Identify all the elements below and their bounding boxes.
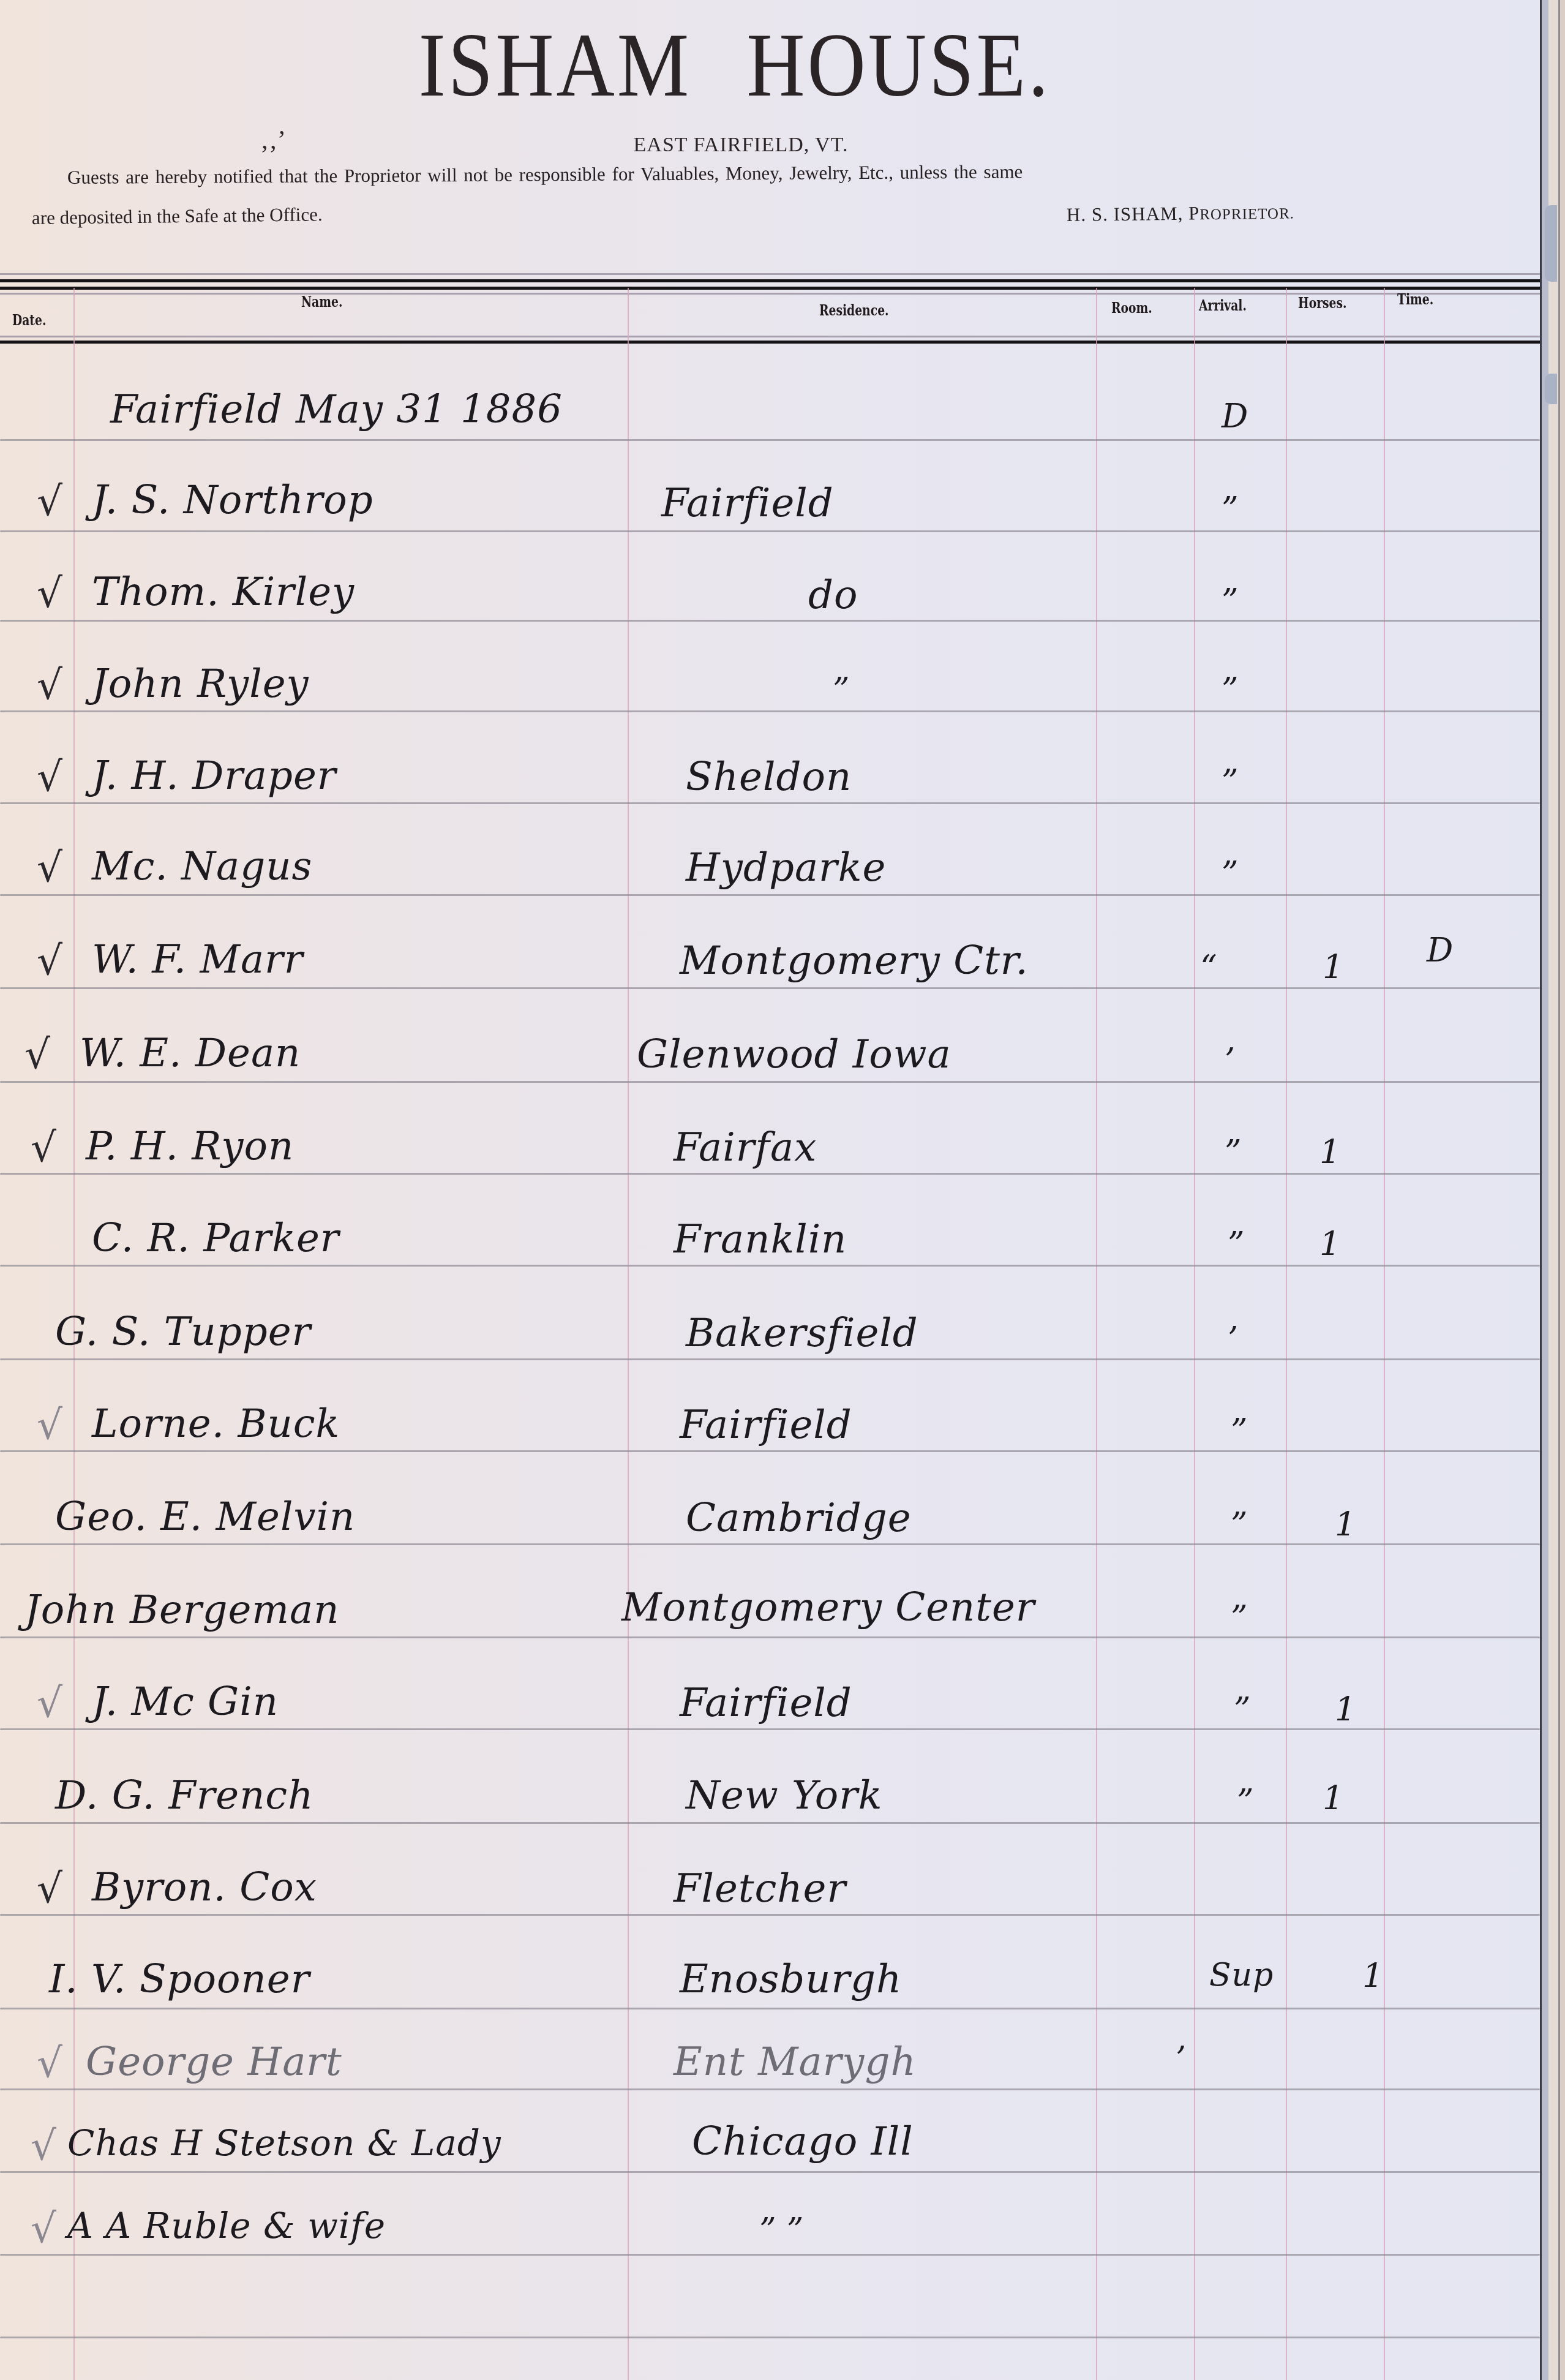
- guest-name: W. E. Dean: [80, 1031, 301, 1076]
- guest-name: Byron. Cox: [92, 1865, 317, 1910]
- guest-name: Thom. Kirley: [92, 570, 355, 615]
- guest-horses: 1: [1323, 948, 1343, 987]
- guest-arrival: Sup: [1209, 1957, 1274, 1994]
- guest-horses: 1: [1335, 1690, 1356, 1729]
- col-divider-name: [628, 288, 629, 2380]
- guest-name: D. G. French: [55, 1773, 313, 1818]
- guest-residence: Montgomery Center: [621, 1585, 1035, 1630]
- guest-residence: Bakersfield: [686, 1311, 918, 1356]
- row-rule: [0, 1543, 1540, 1545]
- guest-arrival: ”: [1222, 671, 1239, 709]
- row-rule: [0, 1914, 1540, 1916]
- hotel-title-word2: HOUSE.: [746, 15, 1051, 116]
- guest-residence: ”: [833, 671, 850, 709]
- check-mark: √: [31, 2205, 56, 2252]
- col-divider-room: [1194, 288, 1195, 2380]
- column-header-room: Room.: [1111, 299, 1152, 317]
- check-mark: √: [37, 661, 62, 709]
- row-rule: [0, 620, 1540, 622]
- check-mark: √: [31, 1124, 56, 1171]
- guest-name: I. V. Spooner: [49, 1957, 310, 2002]
- guest-residence: Sheldon: [686, 755, 852, 800]
- proprietor-name: H. S. ISHAM,: [1067, 203, 1184, 225]
- guest-name: W. F. Marr: [92, 937, 303, 982]
- book-binding-edge: [1540, 0, 1565, 2380]
- check-mark: √: [37, 1865, 62, 1912]
- guest-arrival: ”: [1237, 1782, 1254, 1821]
- dateline-text: Fairfield May 31 1886: [110, 387, 563, 432]
- register-page: ISHAMHOUSE. ‚‚’ EAST FAIRFIELD, VT. Gues…: [0, 0, 1543, 2380]
- guest-name: G. S. Tupper: [55, 1309, 311, 1355]
- guest-arrival: ”: [1225, 1133, 1242, 1172]
- guest-name: Mc. Nagus: [92, 844, 312, 889]
- guest-name: J. Mc Gin: [92, 1679, 279, 1725]
- row-rule: [0, 987, 1540, 989]
- guest-name: C. R. Parker: [92, 1216, 339, 1261]
- dateline-arrival-mark: D: [1222, 397, 1248, 435]
- guest-residence: Enosburgh: [680, 1957, 902, 2002]
- col-divider-residence: [1096, 288, 1097, 2380]
- row-rule: [0, 2254, 1540, 2256]
- row-rule: [0, 1822, 1540, 1824]
- guest-name: John Bergeman: [24, 1587, 339, 1633]
- check-mark: √: [37, 478, 62, 525]
- row-rule: [0, 2337, 1540, 2338]
- guest-arrival: ”: [1231, 1505, 1248, 1544]
- header-rule-top-2: [0, 287, 1540, 290]
- check-mark: √: [37, 753, 62, 800]
- row-rule: [0, 439, 1540, 441]
- guest-name: A A Ruble & wife: [67, 2205, 386, 2246]
- header-rule-thin-top: [0, 273, 1540, 275]
- check-mark: √: [37, 1679, 62, 1727]
- guest-horses: 1: [1319, 1225, 1340, 1263]
- guest-name: Chas H Stetson & Lady: [67, 2122, 501, 2164]
- guest-residence: Fairfield: [680, 1403, 852, 1448]
- column-header-time: Time.: [1397, 290, 1433, 308]
- header-rule-top-1: [0, 279, 1540, 282]
- guest-arrival: ”: [1222, 582, 1239, 620]
- guest-residence: Montgomery Ctr.: [680, 938, 1029, 984]
- row-rule: [0, 1636, 1540, 1638]
- guest-name: J. H. Draper: [92, 753, 336, 799]
- col-divider-horses: [1384, 288, 1385, 2380]
- guest-residence: Chicago Ill: [692, 2119, 914, 2164]
- row-rule: [0, 802, 1540, 804]
- proprietor-signature: H. S. ISHAM, PROPRIETOR.: [1067, 201, 1294, 226]
- guest-name: Lorne. Buck: [92, 1401, 340, 1447]
- guest-name: John Ryley: [92, 661, 309, 707]
- check-mark: √: [37, 844, 62, 891]
- check-mark: √: [24, 1031, 50, 1078]
- row-rule: [0, 1450, 1540, 1452]
- guest-residence: Fairfield: [661, 481, 834, 526]
- guest-arrival: ”: [1222, 490, 1239, 529]
- check-mark: √: [37, 1401, 62, 1448]
- guest-time: D: [1427, 931, 1453, 970]
- check-mark: √: [37, 2039, 62, 2087]
- guest-name: Geo. E. Melvin: [55, 1494, 355, 1540]
- guest-arrival: ’: [1225, 1041, 1235, 1080]
- guest-arrival: ”: [1222, 763, 1239, 801]
- row-rule: [0, 710, 1540, 712]
- hotel-location: EAST FAIRFIELD, VT.: [0, 134, 1482, 157]
- guest-residence: Cambridge: [686, 1496, 912, 1541]
- binding-clip: [1545, 374, 1557, 404]
- row-rule: [0, 530, 1540, 532]
- hotel-title-word1: ISHAM: [419, 15, 691, 116]
- header-rule-thin-low: [0, 336, 1540, 337]
- guest-room: ’: [1176, 2039, 1186, 2078]
- guest-residence: do: [808, 573, 858, 618]
- guest-arrival: ’: [1228, 1320, 1238, 1358]
- guest-arrival: ”: [1231, 1412, 1248, 1450]
- row-rule: [0, 2008, 1540, 2009]
- guest-horses: 1: [1319, 1133, 1340, 1172]
- guest-arrival: ”: [1222, 854, 1239, 893]
- guest-arrival: ”: [1234, 1690, 1251, 1729]
- column-header-date: Date.: [12, 311, 46, 329]
- guest-residence: New York: [686, 1773, 883, 1818]
- col-divider-arrival: [1286, 288, 1287, 2380]
- guest-horses: 1: [1335, 1505, 1356, 1544]
- guest-residence: Glenwood Iowa: [637, 1032, 951, 1077]
- guest-residence: Franklin: [674, 1217, 847, 1262]
- guest-residence: Fairfax: [674, 1125, 817, 1170]
- guest-arrival: ”: [1228, 1225, 1245, 1263]
- row-rule: [0, 1728, 1540, 1730]
- check-mark: √: [37, 570, 62, 617]
- row-rule: [0, 1358, 1540, 1360]
- column-header-horses: Horses.: [1298, 294, 1347, 312]
- header-rule-bottom: [0, 341, 1540, 344]
- binding-clip: [1545, 205, 1557, 282]
- column-header-name: Name.: [301, 293, 342, 311]
- row-rule: [0, 2088, 1540, 2090]
- liability-notice-line2: are deposited in the Safe at the Office.: [32, 203, 323, 229]
- guest-arrival: ”: [1231, 1599, 1248, 1637]
- row-rule: [0, 1173, 1540, 1175]
- row-rule: [0, 894, 1540, 896]
- guest-residence: Fletcher: [674, 1866, 846, 1911]
- guest-residence: Hydparke: [686, 845, 886, 891]
- proprietor-title: PROPRIETOR.: [1188, 201, 1294, 224]
- liability-notice-line1: Guests are hereby notified that the Prop…: [67, 160, 1023, 189]
- guest-horses: 1: [1362, 1957, 1383, 1995]
- hotel-title: ISHAMHOUSE.: [0, 13, 1469, 118]
- column-header-arrival: Arrival.: [1199, 296, 1247, 314]
- check-mark: √: [31, 2122, 56, 2169]
- check-mark: √: [37, 937, 62, 984]
- guest-residence: Ent Marygh: [674, 2039, 917, 2085]
- column-header-residence: Residence.: [819, 301, 889, 319]
- row-rule: [0, 1081, 1540, 1083]
- guest-name: P. H. Ryon: [86, 1124, 294, 1169]
- guest-residence: Fairfield: [680, 1681, 852, 1726]
- guest-horses: 1: [1323, 1779, 1343, 1818]
- row-rule: [0, 2171, 1540, 2173]
- guest-arrival: “: [1200, 948, 1217, 987]
- guest-name: George Hart: [86, 2039, 342, 2085]
- row-rule: [0, 1265, 1540, 1267]
- guest-residence: ” ”: [759, 2211, 803, 2250]
- guest-name: J. S. Northrop: [92, 478, 373, 523]
